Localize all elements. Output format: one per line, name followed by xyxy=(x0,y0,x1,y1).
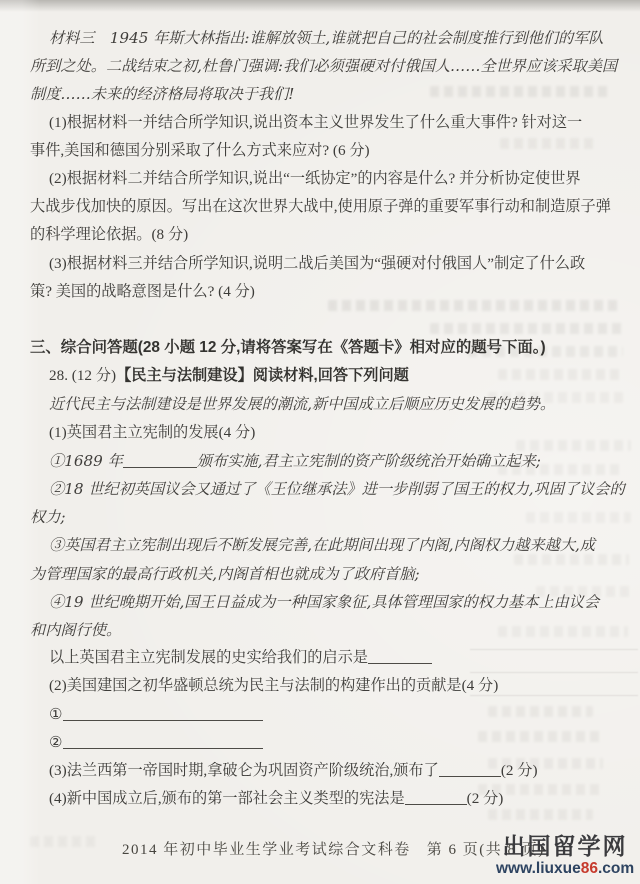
text-line: (4)新中国成立后,颁布的第一部社会主义类型的宪法是(2 分) xyxy=(30,785,640,813)
text-line: 三、综合问答题(28 小题 12 分,请将答案写在《答题卡》相对应的题号下面。) xyxy=(30,334,640,362)
text-line: (2)美国建国之初华盛顿总统为民主与法制的构建作出的贡献是(4 分) xyxy=(30,672,640,700)
text-segment: (2)根据材料二并结合所学知识,说出“一纸协定”的内容是什么? 并分析协定使世界 xyxy=(49,170,581,187)
text-segment: 28. (12 分) xyxy=(49,367,116,384)
watermark-url-pre: www.liuxue xyxy=(496,860,581,877)
text-segment: (2)美国建国之初华盛顿总统为民主与法制的构建作出的贡献是(4 分) xyxy=(49,677,498,694)
text-segment: ① xyxy=(49,706,63,723)
answer-blank xyxy=(405,789,467,805)
text-segment: 大战步伐加快的原因。写出在这次世界大战中,使用原子弹的重要军事行动和制造原子弹 xyxy=(30,198,611,215)
text-segment: 所到之处。二战结束之初,杜鲁门强调:我们必须强硬对付俄国人……全世界应该采取美国 xyxy=(30,57,617,75)
text-segment: 的科学理论依据。(8 分) xyxy=(30,226,188,243)
text-segment: ①1689 年 xyxy=(49,452,123,470)
text-segment: ②18 世纪初英国议会又通过了《王位继承法》进一步削弱了国王的权力,巩固了议会的 xyxy=(49,480,625,498)
scanned-exam-page: 材料三 1945 年斯大林指出:谁解放领土,谁就把自己的社会制度推行到他们的军队… xyxy=(0,0,640,884)
text-segment: (1)根据材料一并结合所学知识,说出资本主义世界发生了什么重大事件? 针对这一 xyxy=(49,114,582,131)
text-segment: (4)新中国成立后,颁布的第一部社会主义类型的宪法是 xyxy=(49,790,405,807)
text-segment: 三、综合问答题(28 小题 12 分,请将答案写在《答题卡》相对应的题号下面。) xyxy=(30,339,546,356)
text-line: (3)法兰西第一帝国时期,拿破仑为巩固资产阶级统治,颁布了(2 分) xyxy=(30,757,640,785)
text-segment: 策? 美国的战略意图是什么? (4 分) xyxy=(30,283,255,300)
text-line: 所到之处。二战结束之初,杜鲁门强调:我们必须强硬对付俄国人……全世界应该采取美国 xyxy=(30,52,640,80)
text-line: 制度……未来的经济格局将取决于我们! xyxy=(30,80,640,108)
watermark-site-name: 出国留学网 xyxy=(496,835,634,858)
answer-blank xyxy=(439,761,501,777)
text-segment: 制度……未来的经济格局将取决于我们! xyxy=(30,85,294,103)
watermark-url-post: .com xyxy=(598,860,634,877)
watermark: 出国留学网 www.liuxue86.com xyxy=(496,835,634,877)
text-line: 材料三 1945 年斯大林指出:谁解放领土,谁就把自己的社会制度推行到他们的军队 xyxy=(30,24,640,52)
answer-blank xyxy=(63,733,263,749)
text-segment: (3)根据材料三并结合所学知识,说明二战后美国为“强硬对付俄国人”制定了什么政 xyxy=(49,255,585,272)
text-segment: 以上英国君主立宪制发展的史实给我们的启示是 xyxy=(49,649,368,666)
text-segment: 权力; xyxy=(30,508,66,526)
text-segment: ③英国君主立宪制出现后不断发展完善,在此期间出现了内阁,内阁权力越来越大,成 xyxy=(49,536,595,554)
page-footer: 2014 年初中毕业生学业考试综合文科卷第 6 页(共 8 页) xyxy=(122,838,545,859)
text-line: 事件,美国和德国分别采取了什么方式来应对? (6 分) xyxy=(30,137,640,165)
text-segment: (2 分) xyxy=(501,762,538,779)
text-line: (3)根据材料三并结合所学知识,说明二战后美国为“强硬对付俄国人”制定了什么政 xyxy=(30,250,640,278)
text-line: ①1689 年颁布实施,君主立宪制的资产阶级统治开始确立起来; xyxy=(30,447,640,475)
document-lines: 材料三 1945 年斯大林指出:谁解放领土,谁就把自己的社会制度推行到他们的军队… xyxy=(30,24,640,813)
text-segment: (2 分) xyxy=(467,790,504,807)
text-line: (1)英国君主立宪制的发展(4 分) xyxy=(30,419,640,447)
text-segment: (3)法兰西第一帝国时期,拿破仑为巩固资产阶级统治,颁布了 xyxy=(49,762,439,779)
text-line: 为管理国家的最高行政机关,内阁首相也就成为了政府首脑; xyxy=(30,560,640,588)
text-line: 的科学理论依据。(8 分) xyxy=(30,221,640,249)
text-line: ② xyxy=(30,729,640,757)
text-segment: 颁布实施,君主立宪制的资产阶级统治开始确立起来; xyxy=(197,452,541,470)
text-line: 大战步伐加快的原因。写出在这次世界大战中,使用原子弹的重要军事行动和制造原子弹 xyxy=(30,193,640,221)
text-segment: ④19 世纪晚期开始,国王日益成为一种国家象征,具体管理国家的权力基本上由议会 xyxy=(49,593,599,611)
text-line: ②18 世纪初英国议会又通过了《王位继承法》进一步削弱了国王的权力,巩固了议会的 xyxy=(30,475,640,503)
text-segment: ② xyxy=(49,734,63,751)
text-segment: 为管理国家的最高行政机关,内阁首相也就成为了政府首脑; xyxy=(30,565,420,583)
text-line: 权力; xyxy=(30,503,640,531)
text-line: (1)根据材料一并结合所学知识,说出资本主义世界发生了什么重大事件? 针对这一 xyxy=(30,109,640,137)
text-line: ④19 世纪晚期开始,国王日益成为一种国家象征,具体管理国家的权力基本上由议会 xyxy=(30,588,640,616)
answer-blank xyxy=(63,705,263,721)
text-segment: 和内阁行使。 xyxy=(30,621,121,639)
footer-exam-title: 2014 年初中毕业生学业考试综合文科卷 xyxy=(122,842,411,858)
text-segment: 近代民主与法制建设是世界发展的潮流,新中国成立后顺应历史发展的趋势。 xyxy=(49,395,555,413)
text-line: 近代民主与法制建设是世界发展的潮流,新中国成立后顺应历史发展的趋势。 xyxy=(30,390,640,418)
text-line: 28. (12 分)【民主与法制建设】阅读材料,回答下列问题 xyxy=(30,362,640,390)
watermark-site-url: www.liuxue86.com xyxy=(496,861,634,877)
text-segment: 【民主与法制建设】阅读材料,回答下列问题 xyxy=(116,367,409,384)
scan-edge-shade xyxy=(0,0,640,12)
answer-blank xyxy=(368,648,432,664)
text-line: ③英国君主立宪制出现后不断发展完善,在此期间出现了内阁,内阁权力越来越大,成 xyxy=(30,531,640,559)
text-line: ① xyxy=(30,701,640,729)
text-line: 和内阁行使。 xyxy=(30,616,640,644)
text-line: 以上英国君主立宪制发展的史实给我们的启示是 xyxy=(30,644,640,672)
watermark-url-86: 86 xyxy=(581,860,598,877)
text-segment: (1)英国君主立宪制的发展(4 分) xyxy=(49,424,255,441)
bleedthrough-smudge xyxy=(30,836,100,847)
answer-blank xyxy=(123,452,197,468)
text-line: (2)根据材料二并结合所学知识,说出“一纸协定”的内容是什么? 并分析协定使世界 xyxy=(30,165,640,193)
text-line: 策? 美国的战略意图是什么? (4 分) xyxy=(30,278,640,306)
text-segment: 事件,美国和德国分别采取了什么方式来应对? (6 分) xyxy=(30,142,370,159)
text-segment: 材料三 1945 年斯大林指出:谁解放领土,谁就把自己的社会制度推行到他们的军队 xyxy=(49,29,604,47)
